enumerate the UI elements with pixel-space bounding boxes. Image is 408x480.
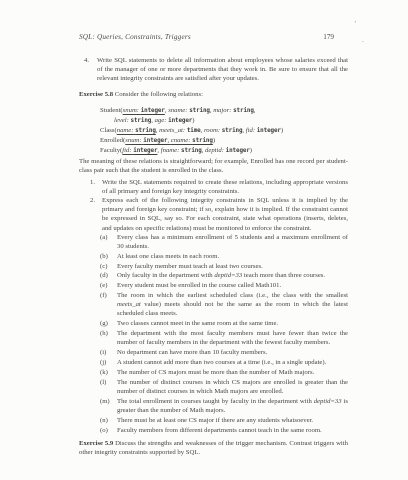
constraint-item-body: Two classes cannot meet in the same room… xyxy=(117,319,348,328)
constraint-item-label: (n) xyxy=(100,416,117,425)
book-page: SQL: Queries, Constraints, Triggers 179 … xyxy=(0,0,408,480)
constraint-item: (k) The number of CS majors must be more… xyxy=(79,368,348,377)
numbered-item-1-body: Write the SQL statements required to cre… xyxy=(102,178,348,196)
constraint-item: (f) The room in which the earliest sched… xyxy=(79,291,348,318)
constraint-item: (m) The total enrollment in courses taug… xyxy=(79,397,348,415)
constraint-item-label: (j) xyxy=(100,358,117,367)
exercise-5-8-label: Exercise 5.8 xyxy=(79,91,113,98)
exercise-item-4: 4. Write SQL statements to delete all in… xyxy=(79,56,348,83)
scan-artifact-2: . xyxy=(362,37,364,44)
constraint-item-body: Every student must be enrolled in the co… xyxy=(117,281,348,290)
numbered-item-1-label: 1. xyxy=(90,178,102,196)
numbered-item-1: 1. Write the SQL statements required to … xyxy=(79,178,348,196)
schema-block: Student(snum: integer, sname: string, ma… xyxy=(100,106,348,156)
exercise-item-4-label: 4. xyxy=(84,56,97,83)
constraint-item: (g) Two classes cannot meet in the same … xyxy=(79,319,348,328)
schema-line-faculty: Faculty(fid: integer, fname: string, dep… xyxy=(100,146,348,156)
constraint-item-body: The total enrollment in courses taught b… xyxy=(117,397,348,415)
constraint-item: (n) There must be at least one CS major … xyxy=(79,416,348,425)
constraint-item-body: At least one class meets in each room. xyxy=(117,252,348,261)
exercise-5-8-heading: Exercise 5.8 Consider the following rela… xyxy=(79,90,348,99)
constraint-item: (o) Faculty members from different depar… xyxy=(79,426,348,435)
constraint-item: (l) The number of distinct courses in wh… xyxy=(79,378,348,396)
numbered-item-2: 2. Express each of the following integri… xyxy=(79,196,348,232)
constraint-item-body: There must be at least one CS major if t… xyxy=(117,416,348,425)
constraint-item-label: (h) xyxy=(100,329,117,347)
constraint-item-body: No department can have more than 10 facu… xyxy=(117,348,348,357)
schema-line-class: Class(name: string, meets_at: time, room… xyxy=(100,126,348,136)
constraint-item: (d) Only faculty in the department with … xyxy=(79,271,348,280)
constraint-item-label: (d) xyxy=(100,271,117,280)
numbered-list: 1. Write the SQL statements required to … xyxy=(79,178,348,233)
constraint-item: (b) At least one class meets in each roo… xyxy=(79,252,348,261)
schema-line-student: Student(snum: integer, sname: string, ma… xyxy=(100,106,348,116)
constraint-item-body: A student cannot add more than two cours… xyxy=(117,358,348,367)
schema-line-student-cont: level: string, age: integer) xyxy=(100,116,348,126)
constraint-item-label: (b) xyxy=(100,252,117,261)
running-title: SQL: Queries, Constraints, Triggers xyxy=(79,33,191,42)
exercise-item-4-body: Write SQL statements to delete all infor… xyxy=(97,56,348,83)
constraint-item-label: (i) xyxy=(100,348,117,357)
constraint-item-label: (f) xyxy=(100,291,117,318)
constraint-item-body: The department with the most faculty mem… xyxy=(117,329,348,347)
exercise-5-9-label: Exercise 5.9 xyxy=(79,440,113,447)
constraint-item-body: Every class has a minimum enrollment of … xyxy=(117,233,348,251)
constraint-item-body: Only faculty in the department with dept… xyxy=(117,271,348,280)
schema-line-enrolled: Enrolled(snum: integer, cname: string) xyxy=(100,136,348,146)
constraint-item: (j) A student cannot add more than two c… xyxy=(79,358,348,367)
page-content: 4. Write SQL statements to delete all in… xyxy=(79,56,348,457)
constraint-item-body: The number of distinct courses in which … xyxy=(117,378,348,396)
constraint-item: (e) Every student must be enrolled in th… xyxy=(79,281,348,290)
constraint-item: (c) Every faculty member must teach at l… xyxy=(79,262,348,271)
exercise-5-8-intro: Consider the following relations: xyxy=(115,91,203,98)
constraint-item-label: (l) xyxy=(100,378,117,396)
numbered-item-2-body: Express each of the following integrity … xyxy=(102,196,348,232)
constraint-item: (h) The department with the most faculty… xyxy=(79,329,348,347)
constraint-list: (a) Every class has a minimum enrollment… xyxy=(79,233,348,435)
constraint-item-body: Every faculty member must teach at least… xyxy=(117,262,348,271)
numbered-item-2-label: 2. xyxy=(90,196,102,232)
exercise-5-9-body: Discuss the strengths and weaknesses of … xyxy=(79,440,348,456)
constraint-item: (i) No department can have more than 10 … xyxy=(79,348,348,357)
page-number: 179 xyxy=(323,33,334,42)
constraint-item-body: Faculty members from different departmen… xyxy=(117,426,348,435)
constraint-item-label: (e) xyxy=(100,281,117,290)
constraint-item-label: (g) xyxy=(100,319,117,328)
scan-artifact-1: ’ xyxy=(354,21,356,28)
constraint-item-body: The number of CS majors must be more tha… xyxy=(117,368,348,377)
constraint-item-label: (a) xyxy=(100,233,117,251)
constraint-item: (a) Every class has a minimum enrollment… xyxy=(79,233,348,251)
constraint-item-label: (m) xyxy=(100,397,117,415)
constraint-item-body: The room in which the earliest scheduled… xyxy=(117,291,348,318)
constraint-item-label: (k) xyxy=(100,368,117,377)
constraint-item-label: (c) xyxy=(100,262,117,271)
constraint-item-label: (o) xyxy=(100,426,117,435)
page-header: SQL: Queries, Constraints, Triggers 179 xyxy=(79,33,334,42)
meaning-paragraph: The meaning of these relations is straig… xyxy=(79,157,348,175)
exercise-5-9-paragraph: Exercise 5.9 Discuss the strengths and w… xyxy=(79,439,348,457)
